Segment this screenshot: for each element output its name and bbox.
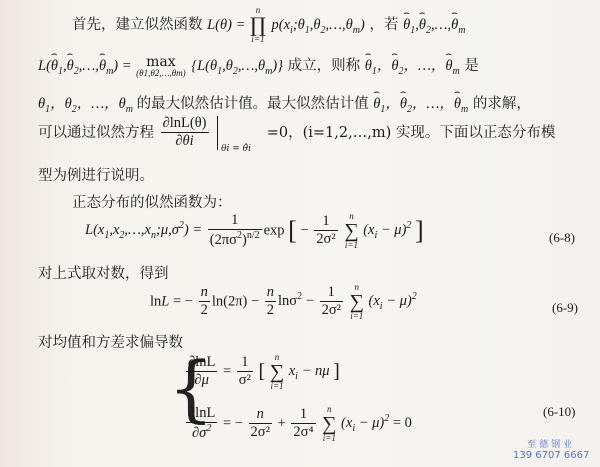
realize-cont: 型为例进行说明。: [38, 168, 154, 184]
left-bracket: [: [288, 216, 297, 245]
if-text: ，若: [369, 17, 398, 33]
sum-operator-4: n∑i=1: [322, 405, 336, 443]
via-text: 可以通过似然方程: [38, 125, 154, 141]
para2-intro-text: 正态分布的似然函数为：: [72, 195, 232, 211]
n-over-2: n2: [199, 285, 210, 319]
right-bracket: ]: [415, 216, 424, 245]
para3-intro-text: 对上式取对数，得到: [38, 266, 169, 282]
equation-6-9: lnL = − n2ln(2π) − n2lnσ2 − 12σ² n∑i=1 (…: [150, 283, 417, 321]
dlnL-dmu: ∂lnL∂μ: [186, 355, 217, 389]
is-text: 是: [464, 58, 479, 74]
sum-operator: n∑i=1: [344, 212, 358, 250]
para1-line2: L(θ1,θ2,…,θm) = max(θ1,θ2,…,θm) {L(θ1,θ2…: [38, 54, 479, 78]
params: θ1，θ2，…，θm: [38, 96, 137, 112]
evaluation-bar: θi = θ̂i: [217, 116, 218, 150]
sum-operator-2: n∑i=1: [350, 283, 364, 321]
watermark: 至德钢业 139 6707 6667: [513, 437, 589, 461]
eq68-lhs: L(x1,x2,…,xn;μ,σ2) =: [85, 222, 206, 238]
para3-intro: 对上式取对数，得到: [38, 262, 169, 283]
one-over-2sigma4: 12σ⁴: [291, 407, 315, 441]
equation-label-6-10: (6-10): [543, 404, 576, 420]
equation-6-10-row1: ∂lnL∂μ = 1σ² [ n∑i=1 xi − nμ ]: [184, 353, 340, 391]
para1-line3: θ1，θ2，…，θm 的最大似然估计值。最大似然估计值 θ1，θ2，…，θm 的…: [38, 92, 531, 115]
mle-text: 的最大似然估计值。最大似然估计值: [137, 96, 369, 112]
para1-line1: 首先，建立似然函数 L(θ) = n∏i=1 p(xi;θ1,θ2,…,θm) …: [72, 6, 465, 44]
scanned-page: 首先，建立似然函数 L(θ) = n∏i=1 p(xi;θ1,θ2,…,θm) …: [0, 0, 600, 467]
para4-intro: 对均值和方差求偏导数: [38, 331, 183, 352]
eq69-frac: 12σ²: [320, 285, 343, 319]
equation-label-6-8: (6-8): [549, 230, 575, 246]
realize-text: 实现。下面以正态分布模: [396, 125, 556, 141]
n-over-2b: n2: [265, 285, 276, 319]
estimates-2: θ1，θ2，…，θm: [365, 58, 460, 74]
eq-rhs: =0，(i=1,2,…,m): [267, 125, 392, 141]
max-expression-lhs: L(θ1,θ2,…,θm) =: [38, 58, 135, 74]
estimates: θ1,θ2,…,θm: [403, 17, 465, 33]
likelihood-equation-fraction: ∂lnL(θ)∂θi: [161, 116, 209, 150]
max-expression-rhs: {L(θ1,θ2,…,θm)}: [191, 58, 283, 74]
watermark-phone: 139 6707 6667: [513, 450, 589, 461]
one-over-sigma2: 1σ²: [237, 355, 253, 389]
exp-label: exp: [264, 222, 285, 238]
watermark-company: 至德钢业: [513, 437, 589, 450]
intro-text: 首先，建立似然函数: [72, 17, 203, 33]
n-over-2sigma2: n2σ²: [249, 407, 272, 441]
para2-intro: 正态分布的似然函数为：: [72, 191, 232, 212]
likelihood-rhs: p(xi;θ1,θ2,…,θm): [272, 17, 365, 33]
product-operator: n∏i=1: [250, 6, 266, 44]
max-operator: max(θ1,θ2,…,θm): [136, 55, 186, 78]
eq68-inner-frac: 12σ²: [314, 214, 337, 248]
eq68-frac: 1(2πσ2)n/2: [208, 213, 262, 249]
likelihood-lhs: L(θ) =: [207, 17, 249, 33]
para1-line4: 可以通过似然方程 ∂lnL(θ)∂θi θi = θ̂i =0，(i=1,2,……: [38, 116, 555, 150]
holds-text: 成立，则称: [288, 58, 361, 74]
dlnL-dsigma2: ∂lnL∂σ2: [186, 406, 217, 442]
sum-operator-3: n∑i=1: [270, 353, 284, 391]
solve-text: 的求解，: [473, 96, 531, 112]
equation-label-6-9: (6-9): [552, 300, 578, 316]
para1-line5: 型为例进行说明。: [38, 164, 154, 185]
para4-intro-text: 对均值和方差求偏导数: [38, 335, 183, 351]
equation-6-8: L(x1,x2,…,xn;μ,σ2) = 1(2πσ2)n/2exp [ − 1…: [85, 212, 424, 250]
equation-6-10-row2: ∂lnL∂σ2 = − n2σ² + 12σ⁴ n∑i=1 (xi − μ)2 …: [184, 405, 412, 443]
estimates-3: θ1，θ2，…，θm: [373, 96, 468, 112]
